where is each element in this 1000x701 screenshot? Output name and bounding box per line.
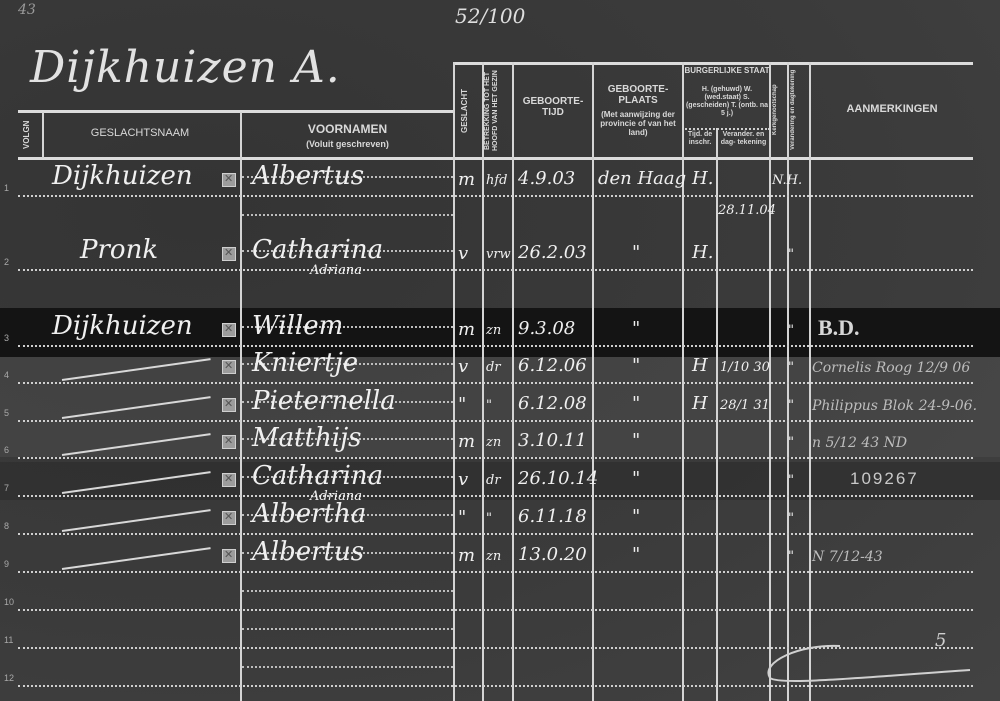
header-geslacht: GESLACHT xyxy=(460,68,469,154)
church: " xyxy=(788,435,794,450)
row-line xyxy=(18,195,973,197)
birth-place: den Haag xyxy=(598,168,686,189)
civil-status: H xyxy=(692,355,708,376)
birth-place: " xyxy=(632,318,640,339)
birth-date: 9.3.08 xyxy=(518,318,575,339)
civil-status: H. xyxy=(692,242,713,263)
row-number: 3 xyxy=(4,333,9,343)
birth-date: 26.10.14 xyxy=(518,468,598,489)
given-name: Catharina xyxy=(252,461,383,491)
birth-place: " xyxy=(632,544,640,565)
family-title: Dijkhuizen A. xyxy=(30,42,341,93)
header-aanmerkingen: AANMERKINGEN xyxy=(812,104,972,115)
birth-date: 3.10.11 xyxy=(518,430,587,451)
civil-change: 1/10 30 xyxy=(720,360,770,375)
sex: " xyxy=(458,394,466,415)
row-line xyxy=(18,533,973,535)
given-sub-line xyxy=(242,590,453,592)
given-sub-line xyxy=(242,628,453,630)
row-line xyxy=(18,571,973,573)
given-name: Catharina xyxy=(252,235,383,265)
given-name: Matthijs xyxy=(252,423,361,453)
surname: Pronk xyxy=(80,235,158,265)
page-reference: 52/100 xyxy=(455,4,525,28)
birth-date: 6.12.06 xyxy=(518,355,587,376)
sex: m xyxy=(458,169,475,190)
church: " xyxy=(788,323,794,338)
checkbox-icon[interactable] xyxy=(222,435,236,449)
surname: Dijkhuizen xyxy=(52,311,193,341)
relation: " xyxy=(486,511,492,526)
corner-note: 43 xyxy=(18,2,36,18)
checkbox-icon[interactable] xyxy=(222,173,236,187)
row-line xyxy=(18,457,973,459)
given-name-2: Adriana xyxy=(310,263,362,278)
birth-place: " xyxy=(632,506,640,527)
given-name: Willem xyxy=(252,311,343,341)
given-sub-line xyxy=(242,214,453,216)
checkbox-icon[interactable] xyxy=(222,323,236,337)
remark: Philippus Blok 24-9-06. xyxy=(812,398,977,414)
relation: zn xyxy=(486,323,501,338)
checkbox-icon[interactable] xyxy=(222,549,236,563)
birth-date: 4.9.03 xyxy=(518,168,575,189)
birth-date: 6.11.18 xyxy=(518,506,587,527)
row-line xyxy=(18,269,973,271)
header-geboorteplaats-sub: (Met aanwijzing der provincie of van het… xyxy=(594,110,682,137)
civil-status: H xyxy=(692,393,708,414)
relation: hfd xyxy=(486,173,508,188)
sex: v xyxy=(458,356,468,377)
sex: m xyxy=(458,545,475,566)
header-tijd-inschr: Tijd. de inschr. xyxy=(683,131,717,147)
sex: m xyxy=(458,319,475,340)
remark: N 7/12-43 xyxy=(812,549,883,565)
row-line xyxy=(18,495,973,497)
row-number: 1 xyxy=(4,183,9,193)
given-name: Albertus xyxy=(252,161,364,191)
row-line xyxy=(18,420,973,422)
relation: vrw xyxy=(486,247,511,262)
church: N.H. xyxy=(772,173,802,188)
row-number: 11 xyxy=(4,635,13,645)
header-kerk-2: Verandering en dagtekening xyxy=(790,66,797,154)
header-bottom-line xyxy=(18,157,973,160)
birth-place: " xyxy=(632,355,640,376)
given-name: Pieternella xyxy=(252,386,396,416)
birth-date: 26.2.03 xyxy=(518,242,587,263)
civil-change: 28.11.04 xyxy=(718,203,776,218)
relation: zn xyxy=(486,435,501,450)
row-number: 12 xyxy=(4,673,14,683)
header-geslachtsnaam: GESLACHTSNAAM xyxy=(42,128,238,139)
civil-status: H. xyxy=(692,168,713,189)
col-line-voornamen xyxy=(240,112,242,701)
signature-flourish xyxy=(760,640,980,690)
church: " xyxy=(788,473,794,488)
church: " xyxy=(788,247,794,262)
header-volgn: VOLGN xyxy=(22,116,31,154)
header-geboortetijd: GEBOORTE- TIJD xyxy=(515,96,591,118)
church: " xyxy=(788,398,794,413)
header-voornamen-sub: (Voluit geschreven) xyxy=(240,139,455,150)
checkbox-icon[interactable] xyxy=(222,473,236,487)
relation: dr xyxy=(486,473,501,488)
birth-date: 13.0.20 xyxy=(518,544,587,565)
checkbox-icon[interactable] xyxy=(222,360,236,374)
header-verander: Verander. en dag- tekening xyxy=(717,131,770,147)
row-number: 8 xyxy=(4,521,9,531)
relation: zn xyxy=(486,549,501,564)
sex: m xyxy=(458,431,475,452)
sex: v xyxy=(458,469,468,490)
church: " xyxy=(788,360,794,375)
given-sub-line xyxy=(242,666,453,668)
birth-place: " xyxy=(632,468,640,489)
relation: " xyxy=(486,398,492,413)
church: " xyxy=(788,549,794,564)
row-line xyxy=(18,609,973,611)
birth-place: " xyxy=(632,430,640,451)
row-line xyxy=(18,345,973,347)
church: " xyxy=(788,511,794,526)
header-geboorteplaats: GEBOORTE- PLAATS xyxy=(594,84,682,106)
remark: Cornelis Roog 12/9 06 xyxy=(812,360,970,376)
header-burgerlijke-sub: H. (gehuwd) W. (wed.staat) S. (gescheide… xyxy=(684,86,770,118)
remark-number: 109267 xyxy=(850,469,919,489)
checkbox-icon[interactable] xyxy=(222,511,236,525)
row-line xyxy=(18,382,973,384)
remark: n 5/12 43 ND xyxy=(812,435,907,451)
col-line-volgn xyxy=(42,112,44,158)
civil-change: 28/1 31 xyxy=(720,398,770,413)
row-number: 2 xyxy=(4,257,9,267)
header-top-line-right xyxy=(453,62,973,65)
header-kerk-1: Kerkgenootschap xyxy=(772,66,779,154)
sex: " xyxy=(458,507,466,528)
checkbox-icon[interactable] xyxy=(222,247,236,261)
header-voornamen: VOORNAMEN xyxy=(240,124,455,135)
birth-place: " xyxy=(632,393,640,414)
checkbox-icon[interactable] xyxy=(222,398,236,412)
given-name: Albertus xyxy=(252,537,364,567)
relation: dr xyxy=(486,360,501,375)
row-number: 10 xyxy=(4,597,14,607)
row-number: 6 xyxy=(4,445,9,455)
row-number: 9 xyxy=(4,559,9,569)
birth-place: " xyxy=(632,242,640,263)
burgerlijke-sub-line xyxy=(682,128,770,130)
header-top-line-left xyxy=(18,110,455,113)
sex: v xyxy=(458,243,468,264)
header-betrekking: BETREKKING TOT HET HOOFD VAN HET GEZIN xyxy=(484,66,512,156)
header-burgerlijke-staat: BURGERLIJKE STAAT xyxy=(684,66,770,75)
remark-stamp: B.D. xyxy=(818,315,860,341)
row-number: 4 xyxy=(4,370,9,380)
row-number: 7 xyxy=(4,483,9,493)
birth-date: 6.12.08 xyxy=(518,393,587,414)
surname: Dijkhuizen xyxy=(52,161,193,191)
given-name: Albertha xyxy=(252,499,366,529)
row-number: 5 xyxy=(4,408,9,418)
given-name: Kniertje xyxy=(252,348,358,378)
